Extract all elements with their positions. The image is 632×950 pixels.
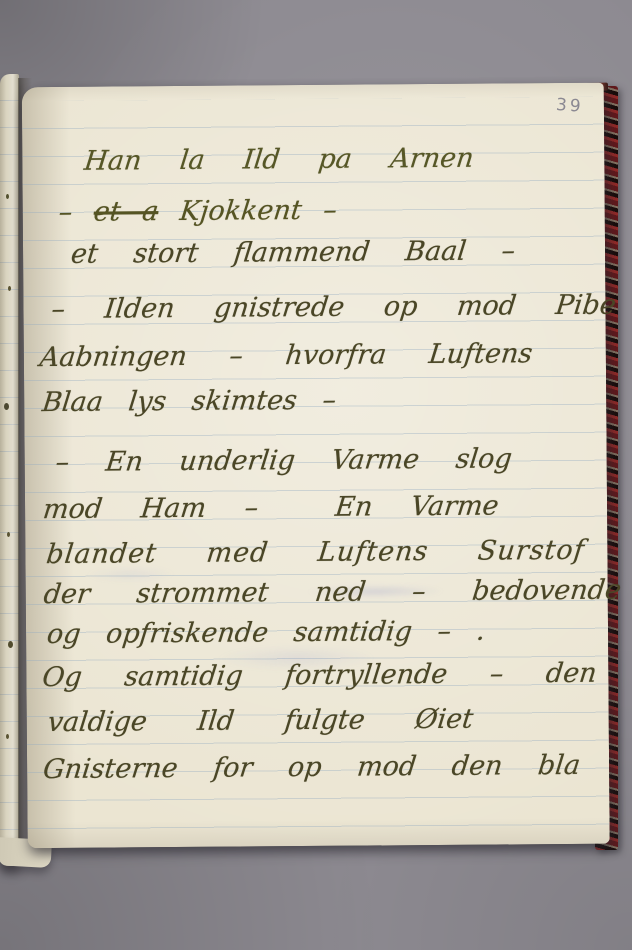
handwritten-text: et stort flammend Baal – [69, 235, 517, 270]
handwritten-text: og opfriskende samtidig – . [45, 616, 487, 650]
ink-showthrough-specks [6, 194, 9, 199]
handwritten-text: Han la Ild pa Arnen [83, 143, 476, 177]
strikethrough-text: et a [92, 196, 160, 228]
handwritten-text: Kjokkent – [157, 195, 339, 227]
handwritten-text: – [57, 197, 96, 228]
handwritten-text: mod Ham – En Varme [41, 490, 500, 525]
notebook-page: 39 Han la Ild pa Arnen– et a Kjokkent –e… [22, 83, 610, 849]
handwritten-text: Blaa lys skimtes – [41, 385, 338, 418]
handwritten-text: der strommet ned – bedovende [42, 575, 623, 611]
handwritten-text: valdige Ild fulgte Øiet [46, 704, 475, 738]
manuscript-line: Blaa lys skimtes – [40, 384, 338, 420]
handwritten-text: – Ilden gnistrede op mod Pibe [50, 290, 618, 325]
handwritten-text: – En underlig Varme slog [54, 443, 514, 478]
manuscript-line: – et a Kjokkent – [57, 194, 339, 230]
manuscript-line: Og samtidig fortryllende – den [40, 657, 598, 695]
manuscript-line: et stort flammend Baal – [69, 234, 517, 272]
manuscript-line: Han la Ild pa Arnen [82, 142, 475, 179]
manuscript-line: – En underlig Varme slog [54, 442, 514, 480]
manuscript-line: Gnisterne for op mod den bla [41, 749, 582, 787]
handwritten-text: Aabningen – hvorfra Luftens [38, 338, 534, 373]
manuscript-line: og opfriskende samtidig – . [45, 615, 487, 652]
manuscript-line: valdige Ild fulgte Øiet [46, 703, 475, 740]
manuscript-line: – Ilden gnistrede op mod Pibe [50, 289, 618, 327]
facing-page-edge [0, 74, 19, 866]
handwritten-text: blandet med Luftens Surstof [45, 535, 587, 570]
manuscript-line: der strommet ned – bedovende [42, 574, 623, 613]
handwritten-text: Og samtidig fortryllende – den [41, 658, 599, 693]
manuscript-line: Aabningen – hvorfra Luftens [38, 337, 534, 375]
notebook-photograph: 39 Han la Ild pa Arnen– et a Kjokkent –e… [0, 0, 632, 950]
handwritten-text: Gnisterne for op mod den bla [41, 750, 582, 785]
manuscript-lines: Han la Ild pa Arnen– et a Kjokkent –et s… [22, 83, 610, 849]
manuscript-line: blandet med Luftens Surstof [44, 534, 586, 572]
manuscript-line: mod Ham – En Varme [41, 489, 500, 527]
